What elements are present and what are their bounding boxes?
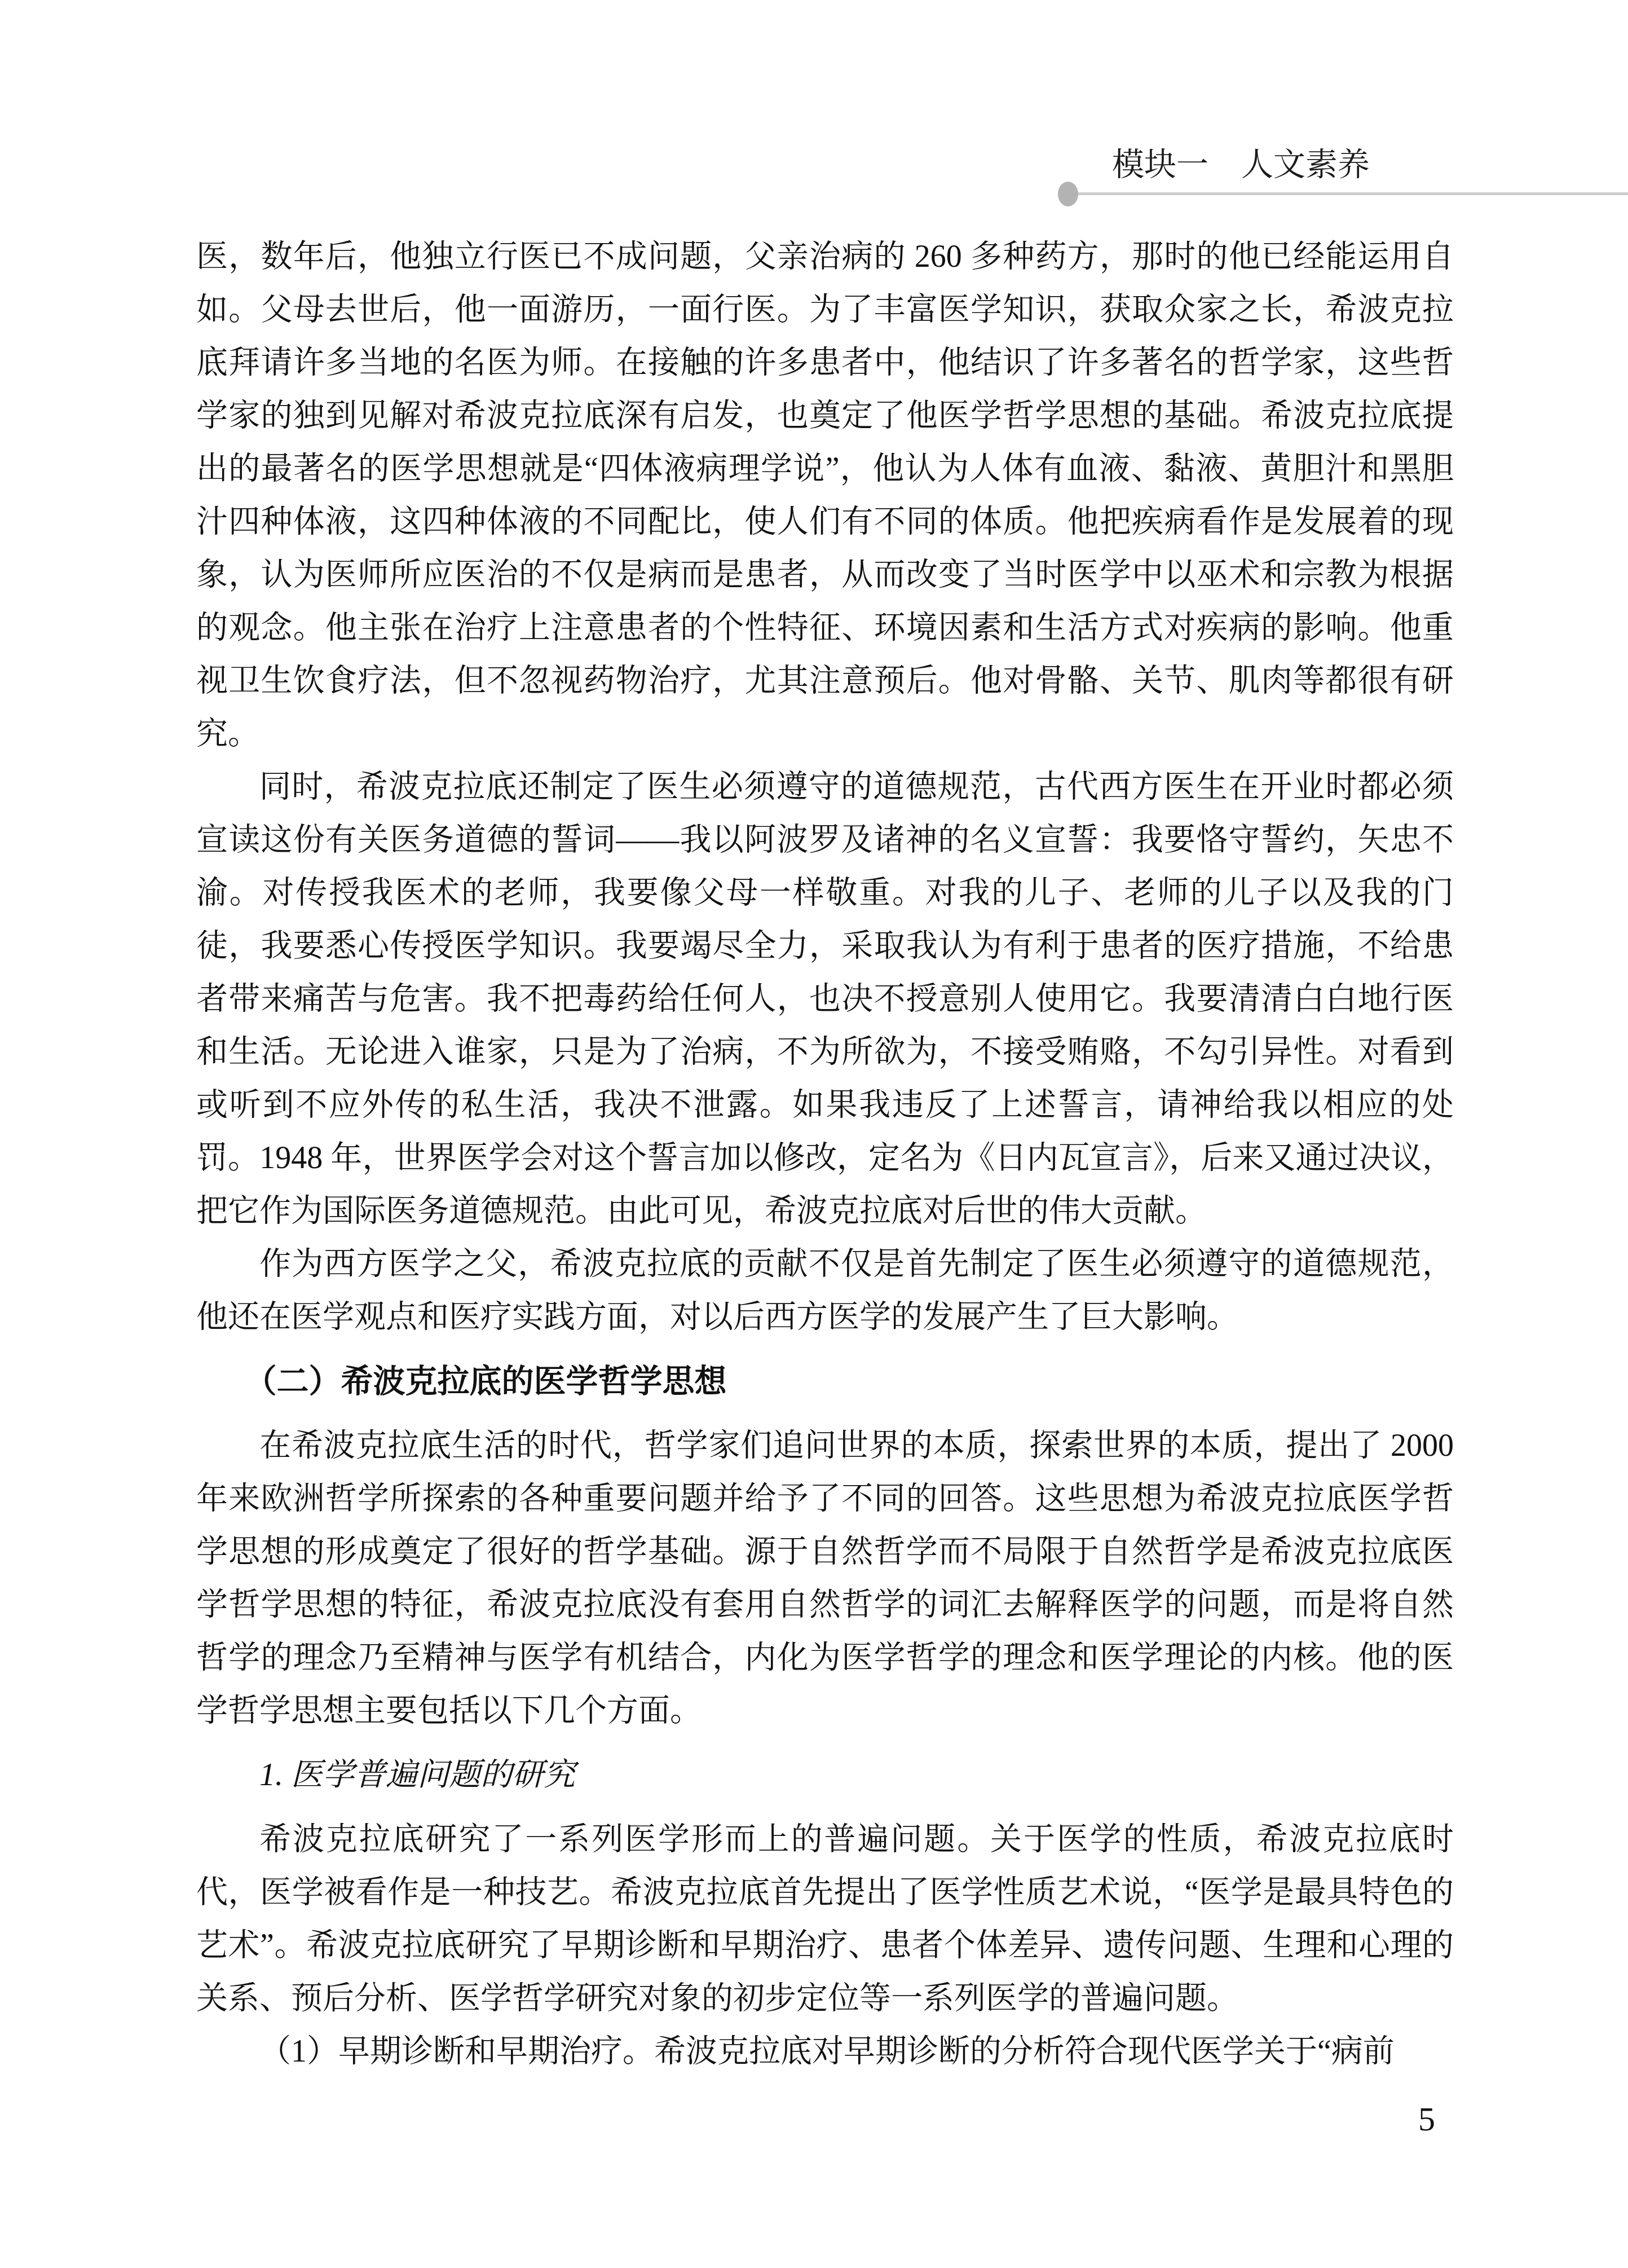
running-head: 模块一 人文素养	[1112, 146, 1370, 185]
paragraph: 希波克拉底研究了一系列医学形而上的普遍问题。关于医学的性质，希波克拉底时代，医学…	[196, 1813, 1454, 2025]
running-head-rule-dot-icon	[1058, 182, 1078, 206]
paragraph-continuation: 医，数年后，他独立行医已不成问题，父亲治病的 260 多种药方，那时的他已经能运…	[196, 230, 1454, 760]
page-body: 医，数年后，他独立行医已不成问题，父亲治病的 260 多种药方，那时的他已经能运…	[196, 230, 1454, 2078]
sub-heading: 1. 医学普遍问题的研究	[196, 1749, 1454, 1802]
paragraph: （1）早期诊断和早期治疗。希波克拉底对早期诊断的分析符合现代医学关于“病前	[196, 2025, 1454, 2078]
running-head-rule	[1067, 192, 1628, 195]
page-number: 5	[1418, 2099, 1435, 2139]
paragraph: 作为西方医学之父，希波克拉底的贡献不仅是首先制定了医生必须遵守的道德规范，他还在…	[196, 1238, 1454, 1344]
running-head-module-title: 人文素养	[1241, 146, 1370, 185]
paragraph: 在希波克拉底生活的时代，哲学家们追问世界的本质，探索世界的本质，提出了 2000…	[196, 1419, 1454, 1737]
book-page: 模块一 人文素养 医，数年后，他独立行医已不成问题，父亲治病的 260 多种药方…	[0, 0, 1628, 2268]
paragraph: 同时，希波克拉底还制定了医生必须遵守的道德规范，古代西方医生在开业时都必须宣读这…	[196, 760, 1454, 1238]
section-heading: （二）希波克拉底的医学哲学思想	[196, 1355, 1454, 1408]
running-head-module-label: 模块一	[1112, 146, 1208, 185]
